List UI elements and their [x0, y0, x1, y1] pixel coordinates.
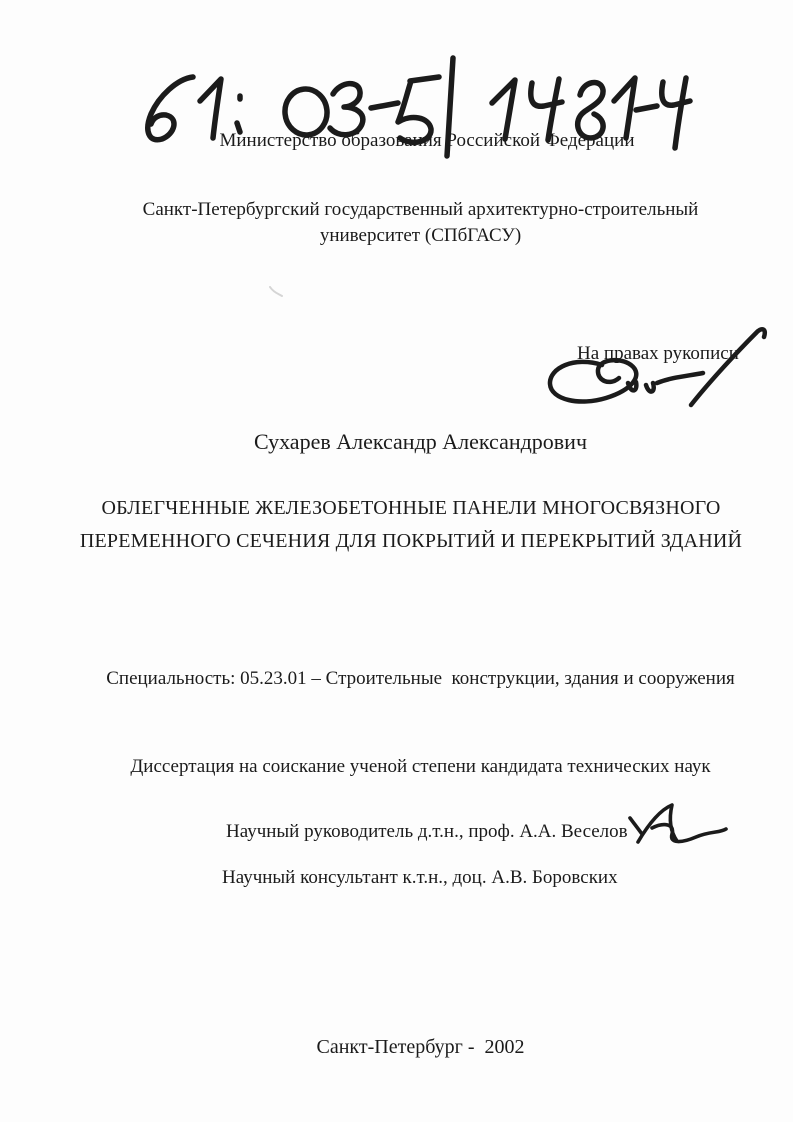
city-year-line: Санкт-Петербург - 2002	[48, 1035, 793, 1059]
digit-3	[330, 84, 363, 135]
colon-mark	[237, 96, 240, 132]
university-line-1: Санкт-Петербургский государственный архи…	[48, 198, 793, 222]
supervisor-signature-handwriting	[622, 800, 730, 858]
dissertation-title-line-2: ПЕРЕМЕННОГО СЕЧЕНИЯ ДЛЯ ПОКРЫТИЙ И ПЕРЕК…	[29, 529, 793, 553]
dissertation-title-line-1: ОБЛЕГЧЕННЫЕ ЖЕЛЕЗОБЕТОННЫЕ ПАНЕЛИ МНОГОС…	[29, 496, 793, 520]
dash-mark	[636, 106, 657, 110]
specialty-line: Специальность: 05.23.01 – Строительные к…	[48, 667, 793, 691]
signature-letter-a	[638, 805, 677, 842]
signature-tail	[652, 825, 726, 842]
dissertation-title-page: Министерство образования Российской Феде…	[0, 0, 793, 1122]
signature-flourish-stroke	[691, 329, 765, 405]
university-line-2: университет (СПбГАСУ)	[48, 224, 793, 248]
stray-scan-mark	[268, 284, 284, 298]
dash-mark	[371, 103, 398, 108]
supervisor-line: Научный руководитель д.т.н., проф. А.А. …	[226, 820, 628, 844]
author-name: Сухарев Александр Александрович	[48, 430, 793, 454]
consultant-line: Научный консультант к.т.н., доц. А.В. Бо…	[222, 866, 618, 890]
degree-statement-line: Диссертация на соискание ученой степени …	[48, 755, 793, 779]
manuscript-note: На правах рукописи	[577, 342, 739, 366]
signature-oval	[550, 360, 636, 401]
author-signature-handwriting	[540, 323, 772, 413]
signature-dash	[657, 373, 703, 383]
signature-squiggle	[628, 382, 636, 390]
signature-tick	[630, 818, 642, 834]
ministry-line: Министерство образования Российской Феде…	[61, 129, 793, 153]
signature-squiggle	[646, 383, 654, 392]
